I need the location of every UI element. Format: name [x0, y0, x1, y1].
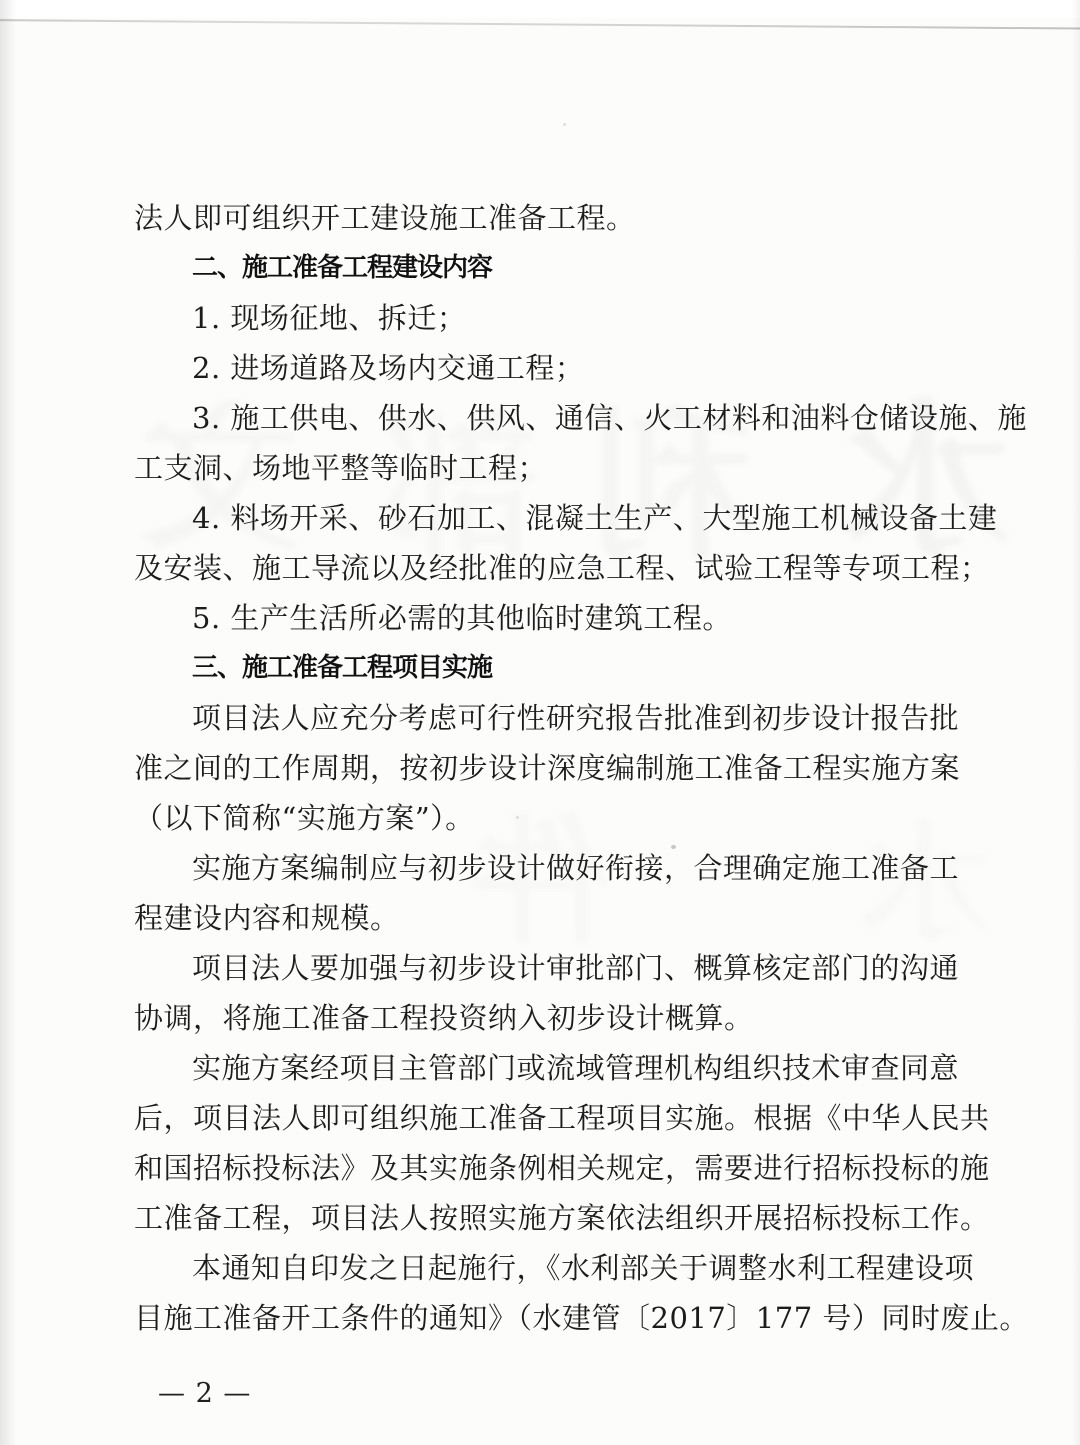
text-line: 4. 料场开采、砂石加工、混凝土生产、大型施工机械设备土建 [134, 493, 960, 543]
paper-right-edge-shadow [1072, 0, 1080, 1445]
text-line: 工准备工程，项目法人按照实施方案依法组织开展招标投标工作。 [134, 1193, 960, 1243]
text-line: 本通知自印发之日起施行，《水利部关于调整水利工程建设项 [134, 1243, 960, 1293]
text-line: 实施方案经项目主管部门或流域管理机构组织技术审查同意 [134, 1043, 960, 1093]
text-line: 程建设内容和规模。 [134, 893, 960, 943]
text-line: 2. 进场道路及场内交通工程； [134, 343, 960, 393]
text-line: 实施方案编制应与初步设计做好衔接，合理确定施工准备工 [134, 843, 960, 893]
paper-left-edge-shadow [0, 0, 16, 1445]
paper-top-edge [0, 19, 1080, 30]
text-line: 后，项目法人即可组织施工准备工程项目实施。根据《中华人民共 [134, 1093, 960, 1143]
text-line: 准之间的工作周期，按初步设计深度编制施工准备工程实施方案 [134, 743, 960, 793]
text-line: 和国招标投标法》及其实施条例相关规定，需要进行招标投标的施 [134, 1143, 960, 1193]
text-line: 工支洞、场地平整等临时工程； [134, 443, 960, 493]
text-line: 目施工准备开工条件的通知》（水建管〔2017〕177 号）同时废止。 [134, 1293, 960, 1343]
text-line: 3. 施工供电、供水、供风、通信、火工材料和油料仓储设施、施 [134, 393, 960, 443]
scanned-document-page: 水利部文件水 法人即可组织开工建设施工准备工程。二、施工准备工程建设内容1. 现… [0, 0, 1080, 1445]
section-heading: 二、施工准备工程建设内容 [134, 243, 960, 293]
document-body-text: 法人即可组织开工建设施工准备工程。二、施工准备工程建设内容1. 现场征地、拆迁；… [134, 193, 960, 1343]
page-number: — 2 — [158, 1379, 251, 1409]
section-heading: 三、施工准备工程项目实施 [134, 643, 960, 693]
text-line: 及安装、施工导流以及经批准的应急工程、试验工程等专项工程； [134, 543, 960, 593]
text-line: 项目法人应充分考虑可行性研究报告批准到初步设计报告批 [134, 693, 960, 743]
text-line: 项目法人要加强与初步设计审批部门、概算核定部门的沟通 [134, 943, 960, 993]
scan-bed-strip [0, 0, 1080, 18]
text-line: 法人即可组织开工建设施工准备工程。 [134, 193, 960, 243]
text-line: 1. 现场征地、拆迁； [134, 293, 960, 343]
scan-speck [563, 123, 566, 126]
text-line: 协调，将施工准备工程投资纳入初步设计概算。 [134, 993, 960, 1043]
text-line: （以下简称“实施方案”）。 [134, 793, 960, 843]
text-line: 5. 生产生活所必需的其他临时建筑工程。 [134, 593, 960, 643]
